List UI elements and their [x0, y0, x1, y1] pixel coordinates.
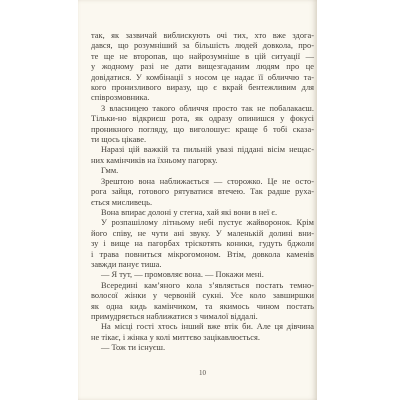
text-line: не тікає, і жінка у колі миттєво зацікав…	[91, 333, 314, 343]
text-line: ється мисливець.	[91, 198, 314, 208]
text-line: На місці гості хтось інший вже втік би. …	[91, 322, 314, 332]
text-line: Тільки-но відкриєш рота, як одразу опини…	[91, 114, 314, 124]
text-line: примудряється наближатися з чималої відд…	[91, 312, 314, 322]
text-line: так, як зазвичай виблискують очі тих, хт…	[91, 31, 314, 41]
page-number: 10	[91, 369, 314, 378]
text-line: Вона впирає долоні у стегна, хай які вон…	[91, 208, 314, 218]
text-line: зу і вище на пагорбах тріскотять коники,…	[91, 239, 314, 249]
text-line: З власницею такого обличчя просто так не…	[91, 104, 314, 114]
text-line: проникного погляду, що виголошує: краще …	[91, 125, 314, 135]
text-line: них камінчиків на їхньому пагорку.	[91, 156, 314, 166]
text-line: його співу, не чути ані звуку. У маленьк…	[91, 229, 314, 239]
text-line: волосої жінки у червоній сукні. Усе коло…	[91, 291, 314, 301]
text-line: те ще не второпав, що найрозумніше в цій…	[91, 52, 314, 62]
text-line: Всередині кам’яного кола з’являється пос…	[91, 281, 314, 291]
text-line: Гмм.	[91, 166, 314, 176]
scan-background: так, як зазвичай виблискують очі тих, хт…	[0, 0, 400, 400]
page-text: так, як зазвичай виблискують очі тих, хт…	[91, 31, 314, 354]
text-line: — Тож ти існуєш.	[91, 343, 314, 353]
text-line: у жодному разі не дати вищезгаданим людя…	[91, 62, 314, 72]
text-line: співрозмовника.	[91, 93, 314, 103]
text-line: Наразі цій важкій та пильній увазі підда…	[91, 145, 314, 155]
text-line: — Я тут, — промовляє вона. — Покажи мені…	[91, 270, 314, 280]
text-line: Зрештою вона наближається — сторожко. Це…	[91, 177, 314, 187]
book-page: так, як зазвичай виблискують очі тих, хт…	[78, 0, 317, 400]
text-line: рога зайця, готового рятуватися втечею. …	[91, 187, 314, 197]
text-line: як одна кидь камінчиком, та якимось чино…	[91, 302, 314, 312]
text-line: ти щось цікаве.	[91, 135, 314, 145]
text-line: кого пронизливого виразу, що є вкрай бен…	[91, 83, 314, 93]
text-line: довідатися. У комбінації з носом це нада…	[91, 73, 314, 83]
text-line: завжди панує тиша.	[91, 260, 314, 270]
text-line: дався, що розумніший за більшість людей …	[91, 41, 314, 51]
text-line: і трава повниться мікрогомоном. Втім, до…	[91, 250, 314, 260]
text-line: У розпашілому літньому небі пустує жайво…	[91, 218, 314, 228]
